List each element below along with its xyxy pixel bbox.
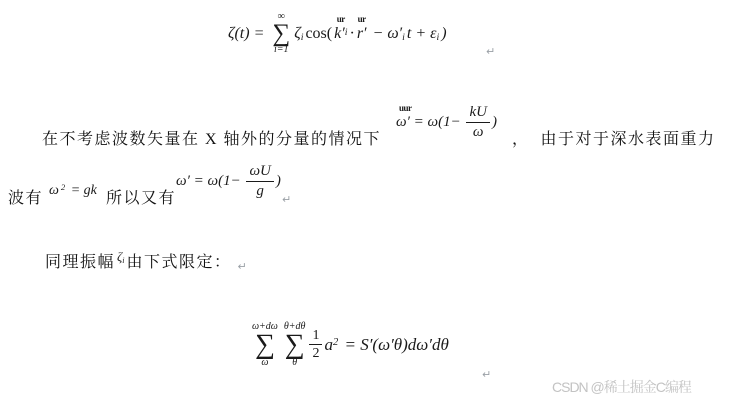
vector-arrow-artifact: ur [358, 14, 366, 24]
paragraph-text-line1-cont: ， 由于对于深水表面重力 [512, 130, 716, 149]
cos-operator: cos( [305, 25, 332, 43]
amplitude-squared-term: a2 [324, 335, 338, 355]
paragraph-text-line2-a: 波有 [8, 189, 43, 208]
csdn-watermark: CSDN @稀土掘金C编程 [552, 377, 691, 397]
amplitude-text-pre: 同理振幅 [45, 253, 115, 272]
eq1-lhs: ζ(t) = [228, 25, 268, 43]
eq1-frequency-term: − ω′i [369, 25, 405, 43]
summation-theta: θ+dθ ∑ θ [284, 322, 306, 368]
sum-lower-limit: ω [261, 358, 268, 368]
fraction-one-half: 1 2 [309, 328, 322, 362]
summation-symbol: ∞ ∑ i=1 [272, 12, 290, 55]
omega-symbol: ω [49, 183, 59, 199]
eq1-phase-term: t + εi [407, 25, 439, 43]
omega-prime-term: ω′ = ω(1− [176, 173, 244, 190]
fraction-ku-over-omega: kU ω [466, 104, 490, 140]
k-subscript: i [345, 27, 348, 45]
paragraph-text-line1: 在不考虑波数矢量在 X 轴外的分量的情况下 [42, 130, 381, 149]
wavenumber-vector-term: ur k′i [334, 25, 347, 43]
fraction-numerator: 1 [309, 328, 322, 345]
sigma-glyph: ∑ [255, 333, 275, 357]
fraction-denominator: 2 [312, 345, 319, 361]
paragraph-mark: ↵ [486, 45, 495, 58]
sum-lower-limit: θ [292, 358, 297, 368]
fraction-numerator: kU [466, 104, 490, 123]
paragraph-mark: ↵ [238, 260, 247, 273]
eq1-close-paren: ) [441, 25, 446, 43]
paragraph-text-line2-b: 所以又有 [106, 189, 176, 208]
document-page: ζ(t) = ∞ ∑ i=1 ζi cos( ur k′i · ur r′ − … [0, 0, 730, 403]
paragraph-mark: ↵ [282, 193, 291, 206]
dot-product-symbol: · [349, 25, 354, 43]
sigma-glyph: ∑ [285, 333, 305, 357]
fraction-omegau-over-g: ωU g [246, 163, 273, 199]
close-paren: ) [492, 114, 497, 131]
paragraph-mark: ↵ [482, 368, 491, 381]
equation-dispersion-relation: ω2 = gk [49, 183, 97, 199]
eq1-amplitude-term: ζi [294, 25, 303, 43]
zeta-i-inline: ζi [117, 249, 125, 265]
summation-omega: ω+dω ∑ ω [252, 322, 278, 368]
omega-exponent: 2 [61, 182, 65, 192]
omega-prime-term: uur ω′ = ω(1− [396, 114, 464, 131]
fraction-denominator: ω [473, 123, 484, 141]
vector-arrow-artifact: uur [399, 103, 412, 113]
dispersion-rhs: = gk [67, 183, 97, 199]
equation-spectrum-definition: ω+dω ∑ ω θ+dθ ∑ θ 1 2 a2 = S′(ω′θ)dω′dθ [250, 322, 449, 368]
equation-doppler-frequency-ku: uur ω′ = ω(1− kU ω ) [396, 104, 497, 140]
r-symbol: r′ [357, 25, 367, 43]
sigma-glyph: ∑ [272, 23, 290, 44]
equation-surface-elevation: ζ(t) = ∞ ∑ i=1 ζi cos( ur k′i · ur r′ − … [228, 12, 447, 55]
zeta-subscript: i [301, 32, 304, 43]
vector-arrow-artifact: ur [337, 14, 345, 24]
equation-doppler-frequency-g: ω′ = ω(1− ωU g ) [176, 163, 281, 199]
paragraph-amplitude: 同理振幅 ζi 由下式限定： ↵ [45, 253, 247, 273]
fraction-numerator: ωU [246, 163, 273, 182]
close-paren: ) [276, 173, 281, 190]
zeta-symbol: ζ [294, 25, 300, 42]
sum-lower-limit: i=1 [274, 45, 289, 55]
amplitude-text-post: 由下式限定： [127, 253, 232, 272]
k-symbol: k′ [334, 25, 345, 43]
fraction-denominator: g [256, 182, 264, 200]
position-vector-term: ur r′ [357, 25, 367, 43]
spectrum-rhs: = S′(ω′θ)dω′dθ [340, 335, 449, 355]
